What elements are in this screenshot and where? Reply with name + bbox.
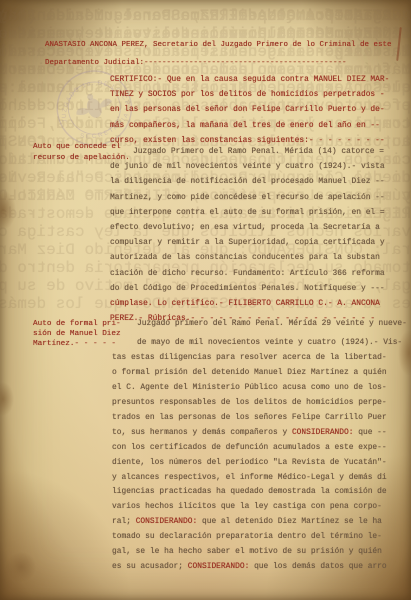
certification-paragraph: CERTIFICO:- Que en la causa seguida cont… (110, 72, 389, 148)
decree-formal-prision: Juzgado primero del Ramo Penal. Mérida 2… (112, 317, 407, 575)
document-heading: ANASTASIO ANCONA PEREZ, Secretario del J… (45, 37, 392, 72)
margin-note-formal-prision: Auto de formal pri-sión de Manuel DiezMa… (33, 319, 121, 349)
decree-recurso-apelacion: Juzgado Primero del Ramo Penal. Mérida (… (110, 144, 385, 326)
document-text-layer: ANASTASIO ANCONA PEREZ, Secretario del J… (0, 0, 411, 600)
scanned-typewritten-document-page: JUZGADO 1o. DE LO CRIMINAL SECRETARIA AN… (0, 0, 411, 600)
